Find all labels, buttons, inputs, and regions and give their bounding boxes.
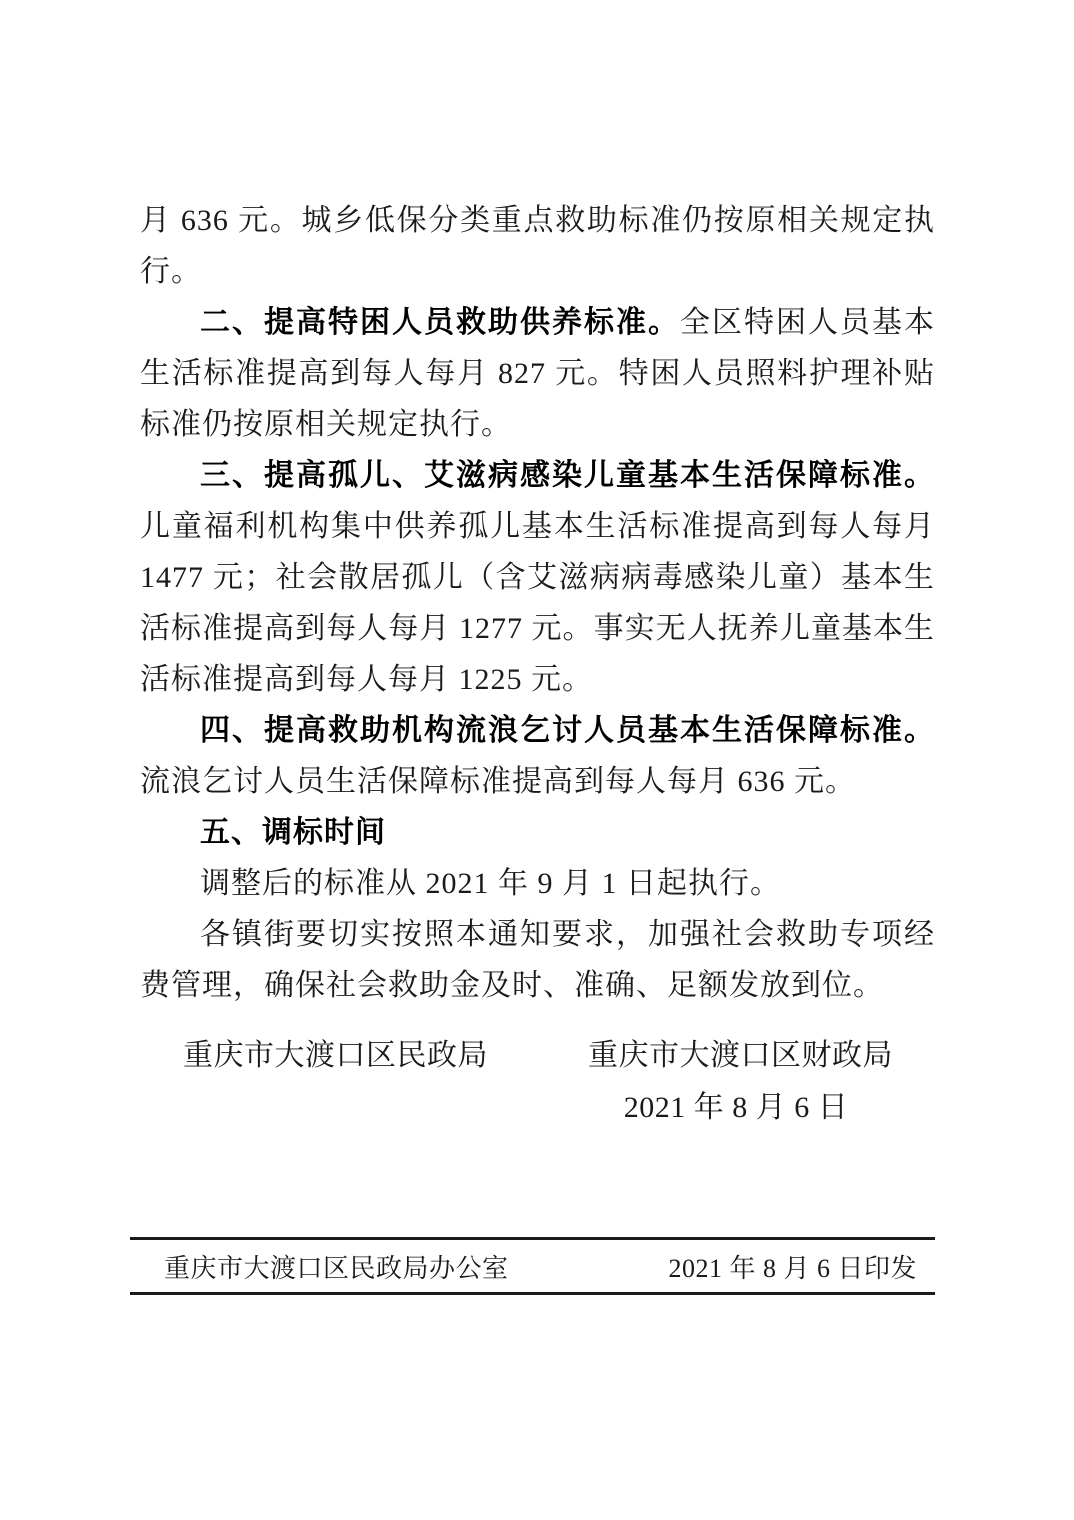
document-page: 月 636 元。城乡低保分类重点救助标准仍按原相关规定执行。二、提高特困人员救助…: [0, 0, 1074, 1520]
signature-date: 2021 年 8 月 6 日: [588, 1082, 884, 1134]
document-body: 月 636 元。城乡低保分类重点救助标准仍按原相关规定执行。二、提高特困人员救助…: [140, 195, 935, 1011]
section-heading: 五、调标时间: [200, 816, 386, 849]
body-run: 儿童福利机构集中供养孤儿基本生活标准提高到每人每月 1477 元；社会散居孤儿（…: [140, 510, 935, 696]
paragraph: 调整后的标准从 2021 年 9 月 1 日起执行。: [140, 858, 935, 909]
body-run: 调整后的标准从 2021 年 9 月 1 日起执行。: [200, 867, 781, 900]
footer-issuing-office: 重庆市大渡口区民政局办公室: [164, 1248, 509, 1285]
body-run: 各镇街要切实按照本通知要求，加强社会救助专项经费管理，确保社会救助金及时、准确、…: [140, 918, 935, 1002]
signature-org-right: 重庆市大渡口区财政局: [588, 1030, 884, 1082]
body-run: 月 636 元。城乡低保分类重点救助标准仍按原相关规定执行。: [140, 204, 935, 288]
section-heading: 三、提高孤儿、艾滋病感染儿童基本生活保障标准。: [200, 459, 935, 492]
section-heading: 四、提高救助机构流浪乞讨人员基本生活保障标准。: [200, 714, 935, 747]
paragraph: 四、提高救助机构流浪乞讨人员基本生活保障标准。流浪乞讨人员生活保障标准提高到每人…: [140, 705, 935, 807]
footer-rule-bottom: [130, 1292, 935, 1295]
signature-block-right: 重庆市大渡口区财政局 2021 年 8 月 6 日: [588, 1030, 884, 1134]
paragraph: 月 636 元。城乡低保分类重点救助标准仍按原相关规定执行。: [140, 195, 935, 297]
paragraph: 五、调标时间: [140, 807, 935, 858]
footer: 重庆市大渡口区民政局办公室 2021 年 8 月 6 日印发: [130, 1240, 935, 1292]
paragraph: 二、提高特困人员救助供养标准。全区特困人员基本生活标准提高到每人每月 827 元…: [140, 297, 935, 450]
section-heading: 二、提高特困人员救助供养标准。: [200, 306, 680, 339]
paragraph: 三、提高孤儿、艾滋病感染儿童基本生活保障标准。儿童福利机构集中供养孤儿基本生活标…: [140, 450, 935, 705]
footer-print-date: 2021 年 8 月 6 日印发: [668, 1248, 917, 1285]
paragraph: 各镇街要切实按照本通知要求，加强社会救助专项经费管理，确保社会救助金及时、准确、…: [140, 909, 935, 1011]
body-run: 流浪乞讨人员生活保障标准提高到每人每月 636 元。: [140, 765, 856, 798]
signature-org-left: 重庆市大渡口区民政局: [183, 1030, 488, 1082]
